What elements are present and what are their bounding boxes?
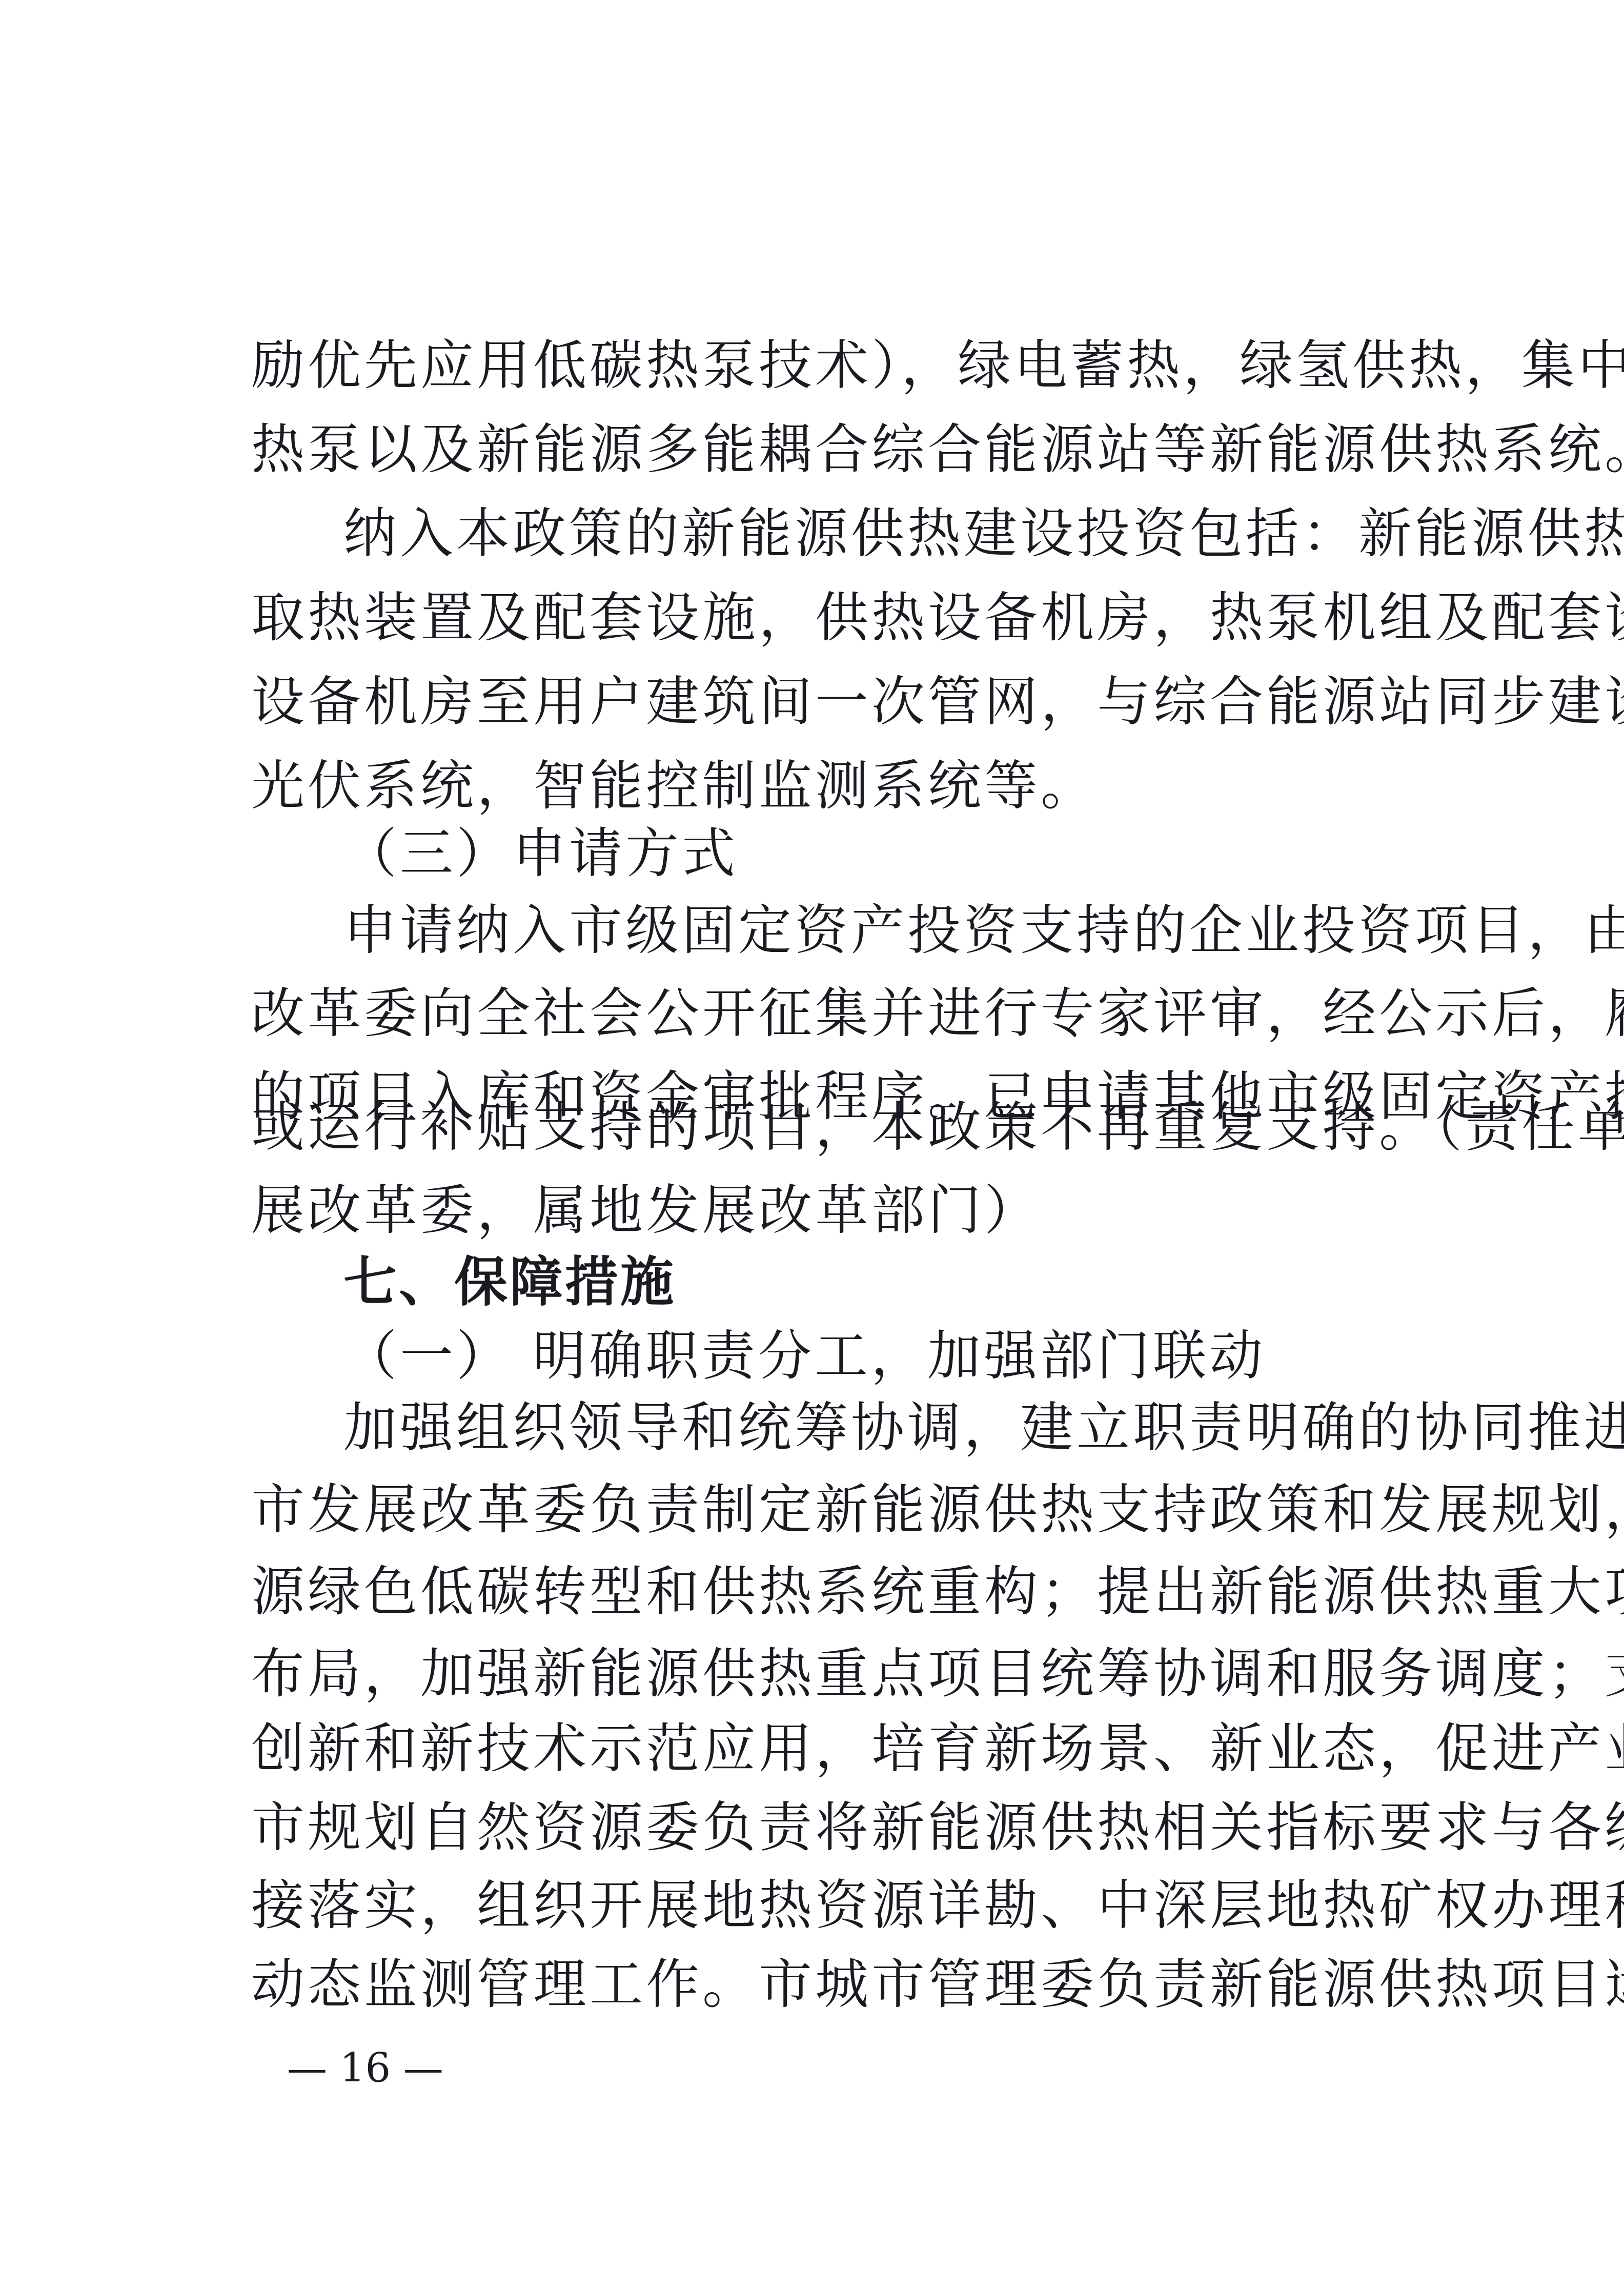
text-line: 纳入本政策的新能源供热建设投资包括：新能源供热系统的: [343, 500, 1435, 567]
text-line: 动态监测管理工作。市城市管理委负责新能源供热项目运行备案、: [251, 1951, 1435, 2018]
text-line: 或运行补贴支持的项目，本政策不再重复支持。（责任单位：市发: [251, 1094, 1435, 1161]
page-number: — 16 —: [287, 2040, 443, 2097]
text-line: 热泵以及新能源多能耦合综合能源站等新能源供热系统。: [251, 416, 1435, 483]
section-heading-responsibilities: （一） 明确职责分工，加强部门联动: [343, 1323, 1435, 1389]
text-line: 市发展改革委负责制定新能源供热支持政策和发展规划，推动能: [251, 1476, 1435, 1543]
chapter-heading-safeguards: 七、保障措施: [343, 1249, 1435, 1315]
document-page: 励优先应用低碳热泵技术），绿电蓄热，绿氢供热，集中式空气源 热泵以及新能源多能耦…: [0, 0, 1624, 2291]
text-line: 申请纳入市级固定资产投资支持的企业投资项目，由市发展: [343, 897, 1435, 964]
text-line: 展改革委，属地发展改革部门）: [251, 1177, 1435, 1244]
text-line: 市规划自然资源委负责将新能源供热相关指标要求与各级规划衔: [251, 1794, 1435, 1861]
text-line: 改革委向全社会公开征集并进行专家评审，经公示后，履行相应: [251, 980, 1435, 1047]
text-line: 励优先应用低碳热泵技术），绿电蓄热，绿氢供热，集中式空气源: [251, 332, 1435, 399]
text-line: 接落实，组织开展地热资源详勘、中深层地热矿权办理和地热水: [251, 1872, 1435, 1939]
text-line: 创新和新技术示范应用，培育新场景、新业态，促进产业发展。: [251, 1715, 1435, 1782]
section-heading-application-method: （三）申请方式: [343, 820, 1435, 887]
text-line: 取热装置及配套设施，供热设备机房，热泵机组及配套设施，供热: [251, 584, 1435, 651]
text-line: 光伏系统，智能控制监测系统等。: [251, 753, 1435, 819]
text-line: 布局，加强新能源供热重点项目统筹协调和服务调度；支持科技: [251, 1640, 1435, 1707]
text-line: 加强组织领导和统筹协调，建立职责明确的协同推进机制。: [343, 1394, 1435, 1461]
text-line: 设备机房至用户建筑间一次管网，与综合能源站同步建设的储能、: [251, 668, 1435, 735]
text-line: 源绿色低碳转型和供热系统重构；提出新能源供热重大项目规划: [251, 1558, 1435, 1625]
